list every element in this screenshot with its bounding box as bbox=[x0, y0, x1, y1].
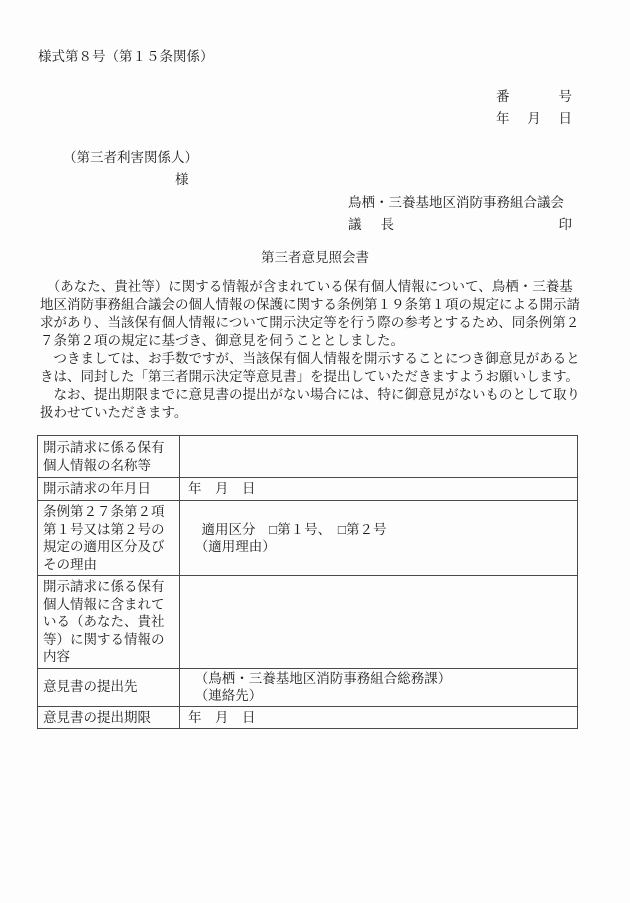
row-value-request-date: 年 月 日 bbox=[180, 478, 578, 501]
document-title: 第三者意見照会書 bbox=[0, 246, 630, 266]
row-value-personal-info-name bbox=[180, 436, 578, 478]
sender-title-right: 長 bbox=[381, 214, 395, 236]
row-label-ordinance-category: 条例第２７条第２項 第１号又は第２号の 規定の適用区分及び その理由 bbox=[38, 501, 180, 576]
seal-placeholder: 印 bbox=[559, 214, 573, 236]
body-paragraph-3: なお、提出期限までに意見書の提出がない場合には、特に御意見がないものとして取り … bbox=[40, 386, 600, 422]
row-label-submission-deadline: 意見書の提出期限 bbox=[38, 706, 180, 729]
addressee-note: （第三者利害関係人） bbox=[63, 146, 198, 166]
addressee-honorific: 様 bbox=[175, 168, 189, 188]
row-value-submission-deadline: 年 月 日 bbox=[180, 706, 578, 729]
table-row: 意見書の提出先 （鳥栖・三養基地区消防事務組合総務課） （連絡先） bbox=[38, 668, 578, 706]
row-label-request-date: 開示請求の年月日 bbox=[38, 478, 180, 501]
table-row: 開示請求に係る保有 個人情報の名称等 bbox=[38, 436, 578, 478]
form-number: 様式第８号（第１５条関係） bbox=[38, 45, 214, 65]
document-number-line: 番 号 bbox=[496, 86, 572, 108]
table-row: 意見書の提出期限 年 月 日 bbox=[38, 706, 578, 729]
row-label-submission-destination: 意見書の提出先 bbox=[38, 668, 180, 706]
body-paragraph-2: つきましては、お手数ですが、当該保有個人情報を開示することにつき御意見があると … bbox=[40, 350, 600, 386]
row-label-info-content: 開示請求に係る保有 個人情報に含まれて いる（あなた、貴社 等）に関する情報の … bbox=[38, 576, 180, 669]
year-label: 年 bbox=[496, 108, 510, 130]
sender-title-line: 議 長 印 bbox=[348, 214, 572, 236]
sender-title: 議 長 bbox=[348, 214, 394, 236]
sender-organization: 鳥栖・三養基地区消防事務組合議会 bbox=[348, 192, 572, 214]
sender-title-left: 議 bbox=[348, 214, 362, 236]
row-value-ordinance-category: 適用区分 □第１号、 □第２号 （適用理由） bbox=[180, 501, 578, 576]
row-value-submission-destination: （鳥栖・三養基地区消防事務組合総務課） （連絡先） bbox=[180, 668, 578, 706]
table-row: 開示請求に係る保有 個人情報に含まれて いる（あなた、貴社 等）に関する情報の … bbox=[38, 576, 578, 669]
sender-block: 鳥栖・三養基地区消防事務組合議会 議 長 印 bbox=[348, 192, 572, 236]
day-label: 日 bbox=[559, 108, 573, 130]
number-label: 番 bbox=[496, 86, 510, 108]
body-paragraph-1: （あなた、貴社等）に関する情報が含まれている保有個人情報について、鳥栖・三養基 … bbox=[40, 278, 600, 350]
body-text: （あなた、貴社等）に関する情報が含まれている保有個人情報について、鳥栖・三養基 … bbox=[40, 278, 600, 422]
table-row: 開示請求の年月日 年 月 日 bbox=[38, 478, 578, 501]
row-value-info-content bbox=[180, 576, 578, 669]
number-suffix-label: 号 bbox=[559, 86, 573, 108]
row-label-personal-info-name: 開示請求に係る保有 個人情報の名称等 bbox=[38, 436, 180, 478]
table-row: 条例第２７条第２項 第１号又は第２号の 規定の適用区分及び その理由 適用区分 … bbox=[38, 501, 578, 576]
document-page: 様式第８号（第１５条関係） 番 号 年 月 日 （第三者利害関係人） 様 鳥栖・… bbox=[0, 0, 630, 903]
inquiry-form-table: 開示請求に係る保有 個人情報の名称等 開示請求の年月日 年 月 日 条例第２７条… bbox=[37, 435, 578, 729]
document-number-date-block: 番 号 年 月 日 bbox=[496, 86, 572, 130]
month-label: 月 bbox=[527, 108, 541, 130]
document-date-line: 年 月 日 bbox=[496, 108, 572, 130]
